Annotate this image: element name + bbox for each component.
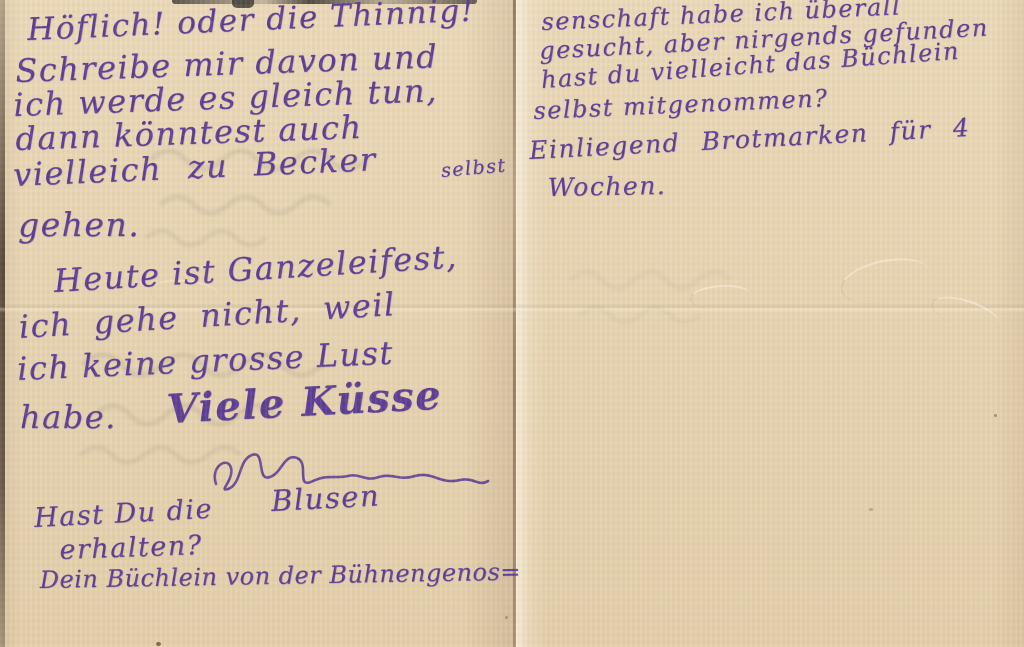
paper-speck (994, 414, 997, 417)
handwriting-line: erhalten? (59, 530, 203, 566)
handwriting-line: habe. (20, 398, 117, 436)
handwriting-line: Wochen. (547, 171, 666, 202)
paper-speck (505, 616, 508, 619)
ink-bleedthrough-smudge (560, 250, 780, 330)
handwriting-line: gehen. (18, 205, 140, 244)
scan-edge-left (0, 0, 5, 647)
paper-speck (869, 508, 873, 511)
letter-scan: Höflich! oder die Thinnig! Schreibe mir … (0, 0, 1024, 647)
paper-speck (156, 642, 161, 646)
handwriting-word-blusen: Blusen (270, 478, 381, 518)
center-fold-highlight (516, 0, 530, 647)
